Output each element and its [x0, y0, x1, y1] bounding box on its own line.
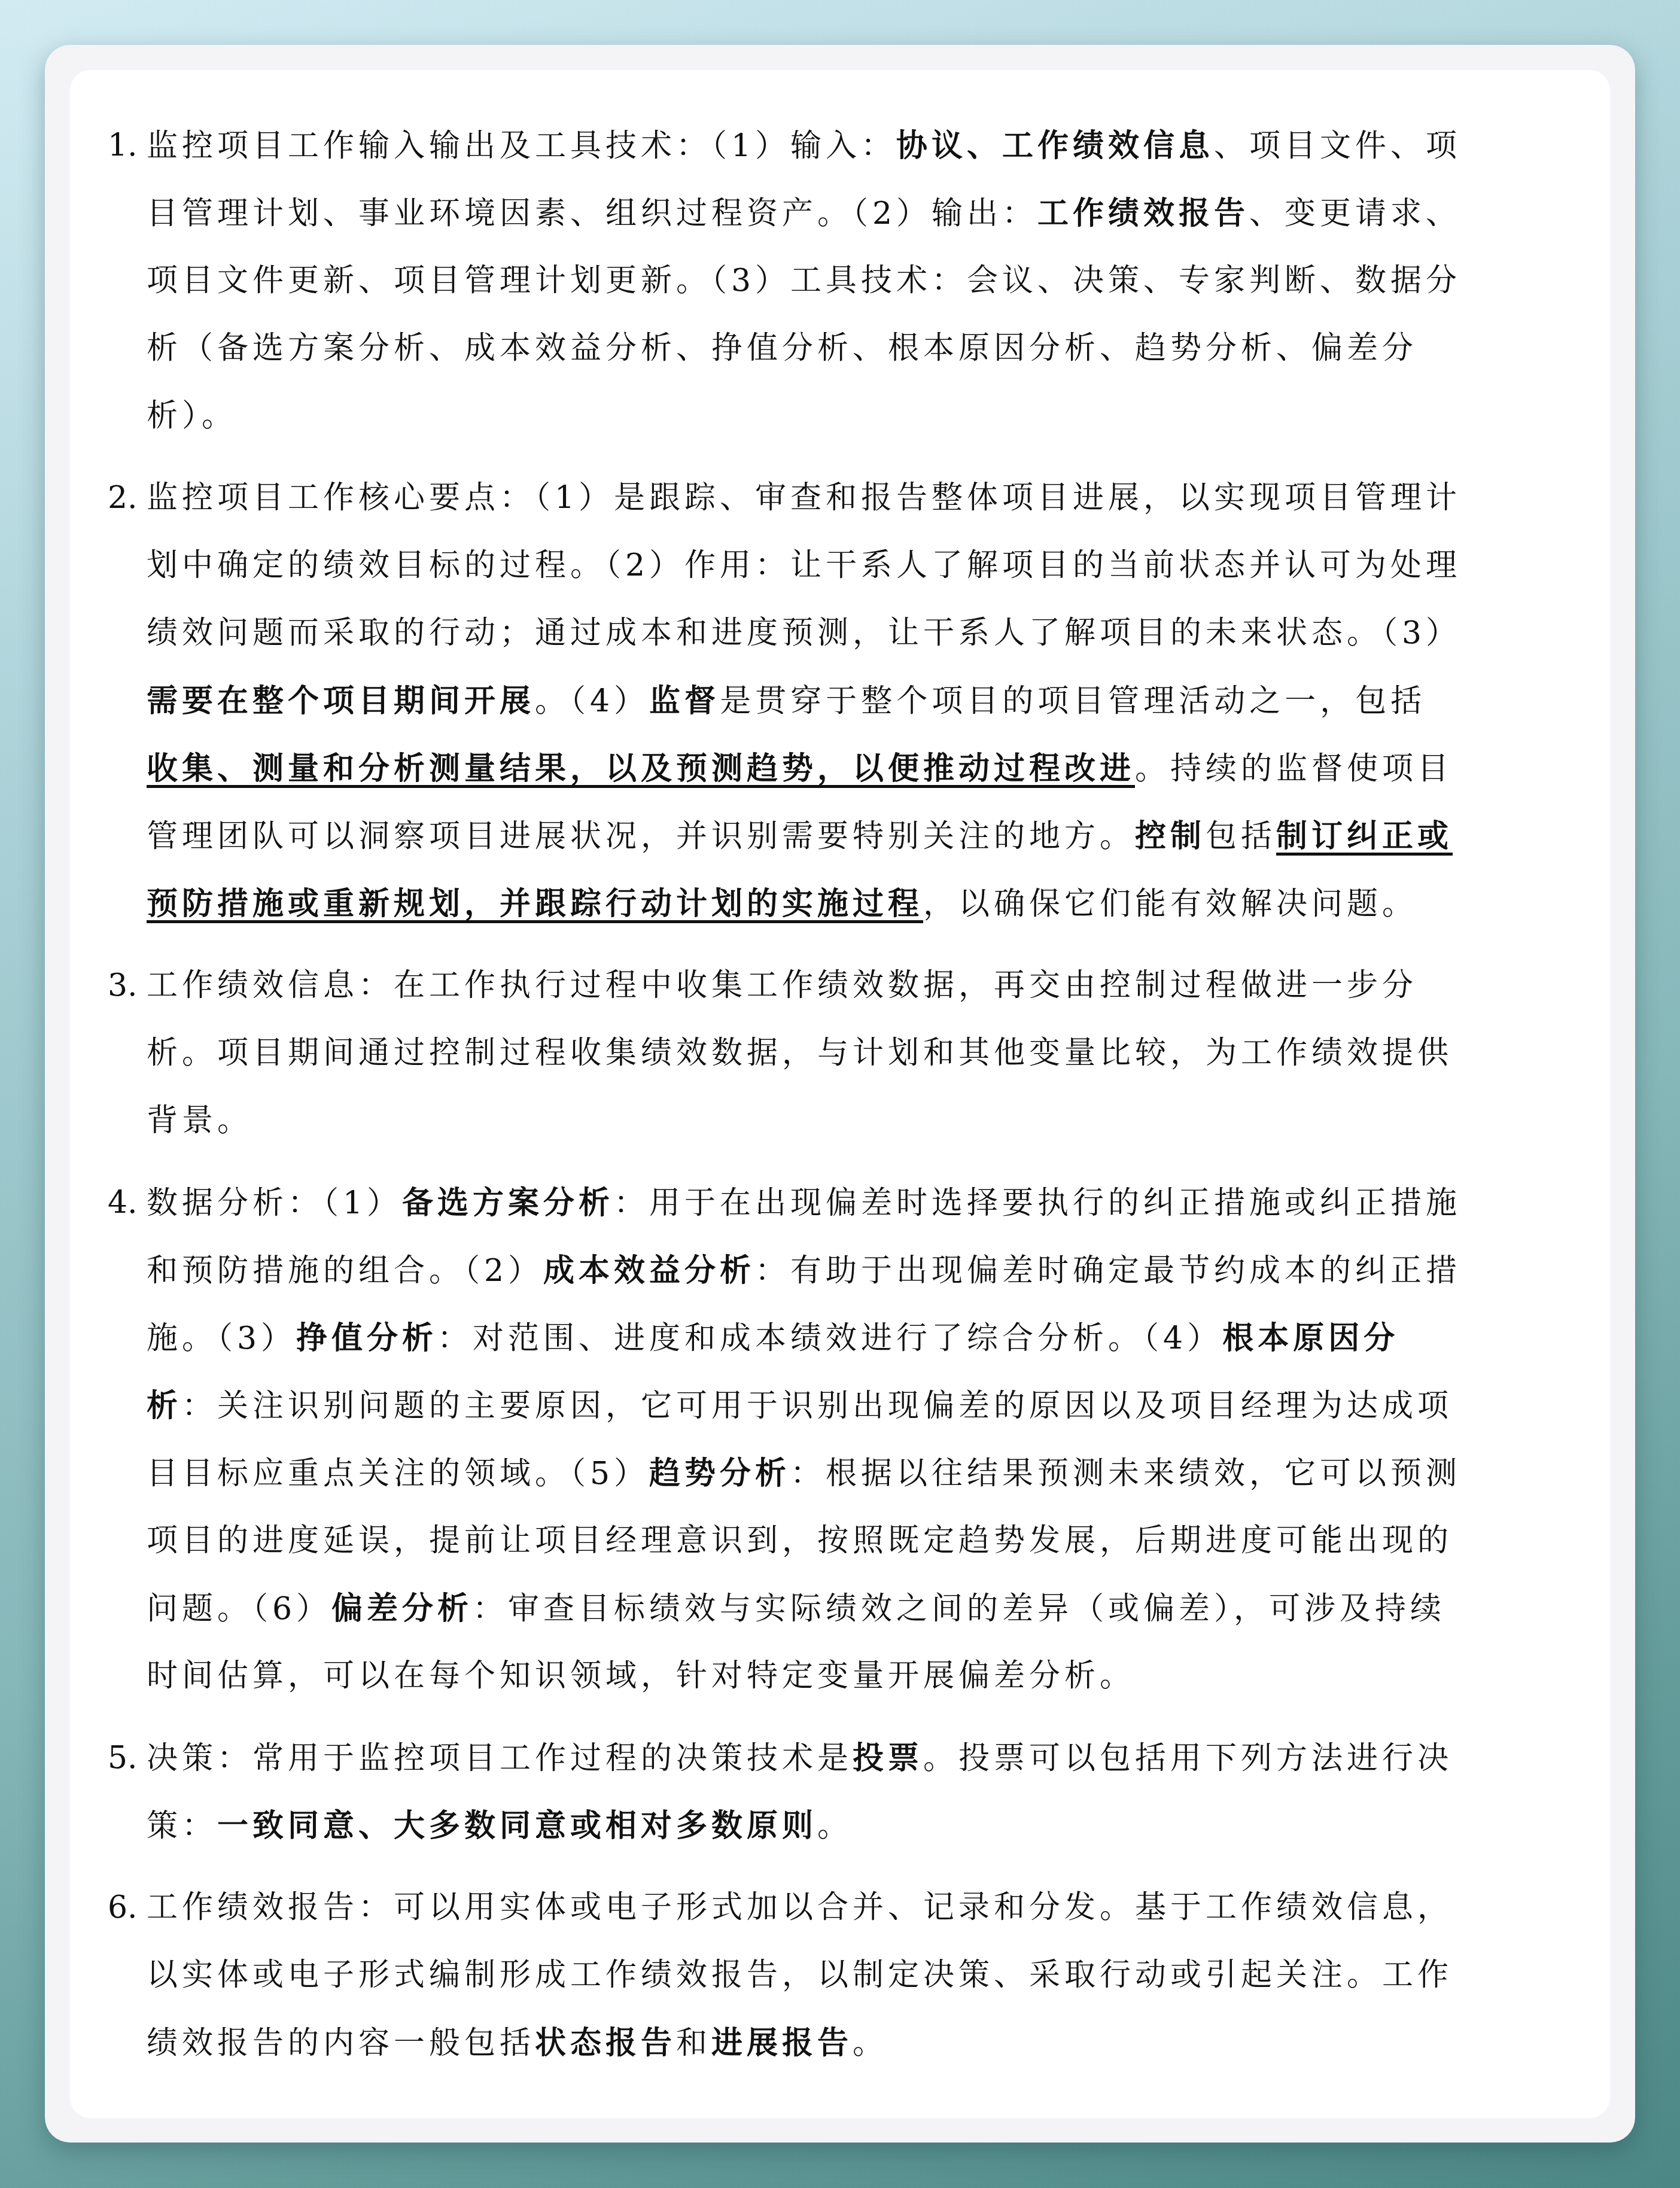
text-segment: 划中确定的绩效目标的过程。（2）作用：让干系人了解项目的当前状态并认可为处理 — [147, 547, 1461, 583]
emphasized-underlined-text: 收集、测量和分析测量结果，以及预测趋势，以便推动过程改进 — [147, 750, 1135, 787]
emphasized-text: 偏差分析 — [331, 1590, 473, 1627]
text-line: 以实体或电子形式编制形成工作绩效报告，以制定决策、采取行动或引起关注。工作 — [108, 1941, 1585, 2009]
outer-card: 1.监控项目工作输入输出及工具技术：（1）输入：协议、工作绩效信息、项目文件、项… — [45, 45, 1635, 2143]
list-item: 6.工作绩效报告：可以用实体或电子形式加以合并、记录和分发。基于工作绩效信息，以… — [108, 1874, 1585, 2077]
list-item-number: 3. — [108, 952, 138, 1020]
text-segment: 。持续的监督使项目 — [1135, 751, 1453, 787]
list-item: 1.监控项目工作输入输出及工具技术：（1）输入：协议、工作绩效信息、项目文件、项… — [108, 112, 1585, 450]
text-line: 数据分析：（1）备选方案分析：用于在出现偏差时选择要执行的纠正措施或纠正措施 — [108, 1169, 1585, 1237]
text-segment: 。 — [817, 1808, 853, 1844]
text-segment: 析（备选方案分析、成本效益分析、挣值分析、根本原因分析、趋势分析、偏差分 — [147, 330, 1417, 366]
text-segment: 管理团队可以洞察项目进展状况，并识别需要特别关注的地方。 — [147, 818, 1135, 854]
text-line: 管理团队可以洞察项目进展状况，并识别需要特别关注的地方。控制包括制订纠正或 — [108, 802, 1585, 870]
emphasized-underlined-text: 预防措施或重新规划，并跟踪行动计划的实施过程 — [147, 885, 923, 922]
text-line: 析）。 — [108, 382, 1585, 450]
list-item-number: 2. — [108, 464, 138, 532]
text-line: 目目标应重点关注的领域。（5）趋势分析：根据以往结果预测未来绩效，它可以预测 — [108, 1440, 1585, 1507]
text-line: 和预防措施的组合。（2）成本效益分析：有助于出现偏差时确定最节约成本的纠正措 — [108, 1237, 1585, 1304]
text-line: 划中确定的绩效目标的过程。（2）作用：让干系人了解项目的当前状态并认可为处理 — [108, 532, 1585, 600]
text-line: 项目文件更新、项目管理计划更新。（3）工具技术：会议、决策、专家判断、数据分 — [108, 247, 1585, 315]
text-segment: ：根据以往结果预测未来绩效，它可以预测 — [790, 1456, 1461, 1492]
text-segment: ：关注识别问题的主要原因，它可用于识别出现偏差的原因以及项目经理为达成项 — [182, 1388, 1453, 1424]
text-segment: 目管理计划、事业环境因素、组织过程资产。（2）输出： — [147, 196, 1037, 232]
emphasized-text: 协议、工作绩效信息 — [896, 127, 1214, 164]
text-segment: 时间估算，可以在每个知识领域，针对特定变量开展偏差分析。 — [147, 1658, 1135, 1694]
text-segment: 工作绩效报告：可以用实体或电子形式加以合并、记录和分发。基于工作绩效信息， — [147, 1889, 1453, 1925]
emphasized-text: 趋势分析 — [649, 1455, 790, 1492]
text-line: 需要在整个项目期间开展。（4）监督是贯穿于整个项目的项目管理活动之一，包括 — [108, 667, 1585, 735]
text-line: 析：关注识别问题的主要原因，它可用于识别出现偏差的原因以及项目经理为达成项 — [108, 1372, 1585, 1440]
text-segment: 策： — [147, 1808, 217, 1844]
text-segment: 数据分析：（1） — [147, 1185, 402, 1221]
text-line: 析（备选方案分析、成本效益分析、挣值分析、根本原因分析、趋势分析、偏差分 — [108, 315, 1585, 382]
list-item-number: 4. — [108, 1169, 138, 1237]
text-line: 绩效报告的内容一般包括状态报告和进展报告。 — [108, 2009, 1585, 2077]
text-segment: 析。项目期间通过控制过程收集绩效数据，与计划和其他变量比较，为工作绩效提供 — [147, 1035, 1453, 1071]
emphasized-text: 根本原因分 — [1222, 1320, 1399, 1356]
document-card: 1.监控项目工作输入输出及工具技术：（1）输入：协议、工作绩效信息、项目文件、项… — [70, 70, 1610, 2118]
text-line: 时间估算，可以在每个知识领域，针对特定变量开展偏差分析。 — [108, 1642, 1585, 1710]
emphasized-text: 成本效益分析 — [543, 1252, 755, 1289]
text-segment: 是贯穿于整个项目的项目管理活动之一，包括 — [720, 683, 1426, 719]
text-line: 工作绩效信息：在工作执行过程中收集工作绩效数据，再交由控制过程做进一步分 — [108, 952, 1585, 1020]
text-segment: 绩效报告的内容一般包括 — [147, 2025, 535, 2061]
text-segment: 以实体或电子形式编制形成工作绩效报告，以制定决策、采取行动或引起关注。工作 — [147, 1957, 1453, 1993]
emphasized-text: 需要在整个项目期间开展 — [147, 683, 535, 719]
text-segment: 绩效问题而采取的行动；通过成本和进度预测，让干系人了解项目的未来状态。（3） — [147, 615, 1461, 651]
text-segment: 问题。（6） — [147, 1591, 331, 1627]
emphasized-text: 备选方案分析 — [402, 1185, 614, 1221]
text-segment: 析）。 — [147, 398, 237, 434]
text-segment: 包括 — [1206, 818, 1276, 854]
emphasized-text: 析 — [147, 1387, 182, 1424]
document-content: 1.监控项目工作输入输出及工具技术：（1）输入：协议、工作绩效信息、项目文件、项… — [108, 112, 1585, 2091]
text-segment: 监控项目工作输入输出及工具技术：（1）输入： — [147, 128, 896, 164]
text-segment: 和 — [676, 2025, 711, 2061]
text-segment: 目目标应重点关注的领域。（5） — [147, 1456, 649, 1492]
text-segment: 项目文件更新、项目管理计划更新。（3）工具技术：会议、决策、专家判断、数据分 — [147, 263, 1461, 299]
emphasized-text: 监督 — [649, 683, 720, 719]
text-line: 策：一致同意、大多数同意或相对多数原则。 — [108, 1792, 1585, 1860]
text-segment: ：对范围、进度和成本绩效进行了综合分析。（4） — [437, 1320, 1222, 1356]
text-segment: 项目的进度延误，提前让项目经理意识到，按照既定趋势发展，后期进度可能出现的 — [147, 1523, 1453, 1559]
list-item: 3.工作绩效信息：在工作执行过程中收集工作绩效数据，再交由控制过程做进一步分析。… — [108, 952, 1585, 1155]
emphasized-text: 进展报告 — [711, 2025, 853, 2061]
text-segment: 监控项目工作核心要点：（1）是跟踪、审查和报告整体项目进展，以实现项目管理计 — [147, 480, 1461, 516]
text-line: 项目的进度延误，提前让项目经理意识到，按照既定趋势发展，后期进度可能出现的 — [108, 1507, 1585, 1575]
text-line: 施。（3）挣值分析：对范围、进度和成本绩效进行了综合分析。（4）根本原因分 — [108, 1304, 1585, 1372]
emphasized-text: 挣值分析 — [296, 1320, 437, 1356]
emphasized-text: 一致同意、大多数同意或相对多数原则 — [217, 1807, 817, 1844]
list-item-number: 1. — [108, 112, 138, 179]
text-line: 背景。 — [108, 1087, 1585, 1155]
text-segment: 施。（3） — [147, 1320, 296, 1356]
text-segment: ：用于在出现偏差时选择要执行的纠正措施或纠正措施 — [614, 1185, 1461, 1221]
text-line: 监控项目工作核心要点：（1）是跟踪、审查和报告整体项目进展，以实现项目管理计 — [108, 464, 1585, 532]
text-segment: ，以确保它们能有效解决问题。 — [923, 886, 1417, 922]
list-item-number: 6. — [108, 1874, 138, 1941]
text-segment: 、变更请求、 — [1249, 196, 1461, 232]
text-segment: 决策：常用于监控项目工作过程的决策技术是 — [147, 1740, 853, 1776]
emphasized-text: 状态报告 — [535, 2025, 676, 2061]
text-segment: 。（4） — [535, 683, 649, 719]
text-segment: ：审查目标绩效与实际绩效之间的差异（或偏差），可涉及持续 — [473, 1591, 1445, 1627]
text-segment: ：有助于出现偏差时确定最节约成本的纠正措 — [755, 1253, 1461, 1289]
emphasized-text: 控制 — [1135, 818, 1206, 854]
list-item-number: 5. — [108, 1724, 138, 1792]
text-line: 绩效问题而采取的行动；通过成本和进度预测，让干系人了解项目的未来状态。（3） — [108, 600, 1585, 667]
text-segment: 、项目文件、项 — [1214, 128, 1461, 164]
text-line: 工作绩效报告：可以用实体或电子形式加以合并、记录和分发。基于工作绩效信息， — [108, 1874, 1585, 1941]
list-item: 4.数据分析：（1）备选方案分析：用于在出现偏差时选择要执行的纠正措施或纠正措施… — [108, 1169, 1585, 1710]
text-segment: 工作绩效信息：在工作执行过程中收集工作绩效数据，再交由控制过程做进一步分 — [147, 967, 1417, 1003]
text-line: 问题。（6）偏差分析：审查目标绩效与实际绩效之间的差异（或偏差），可涉及持续 — [108, 1575, 1585, 1642]
list-item: 2.监控项目工作核心要点：（1）是跟踪、审查和报告整体项目进展，以实现项目管理计… — [108, 464, 1585, 938]
emphasized-text: 工作绩效报告 — [1037, 195, 1249, 232]
emphasized-text: 投票 — [853, 1740, 923, 1776]
text-line: 预防措施或重新规划，并跟踪行动计划的实施过程，以确保它们能有效解决问题。 — [108, 870, 1585, 938]
list-item: 5.决策：常用于监控项目工作过程的决策技术是投票。投票可以包括用下列方法进行决策… — [108, 1724, 1585, 1860]
text-line: 目管理计划、事业环境因素、组织过程资产。（2）输出：工作绩效报告、变更请求、 — [108, 179, 1585, 247]
text-segment: 。投票可以包括用下列方法进行决 — [923, 1740, 1453, 1776]
emphasized-underlined-text: 制订纠正或 — [1276, 818, 1453, 854]
text-segment: 背景。 — [147, 1103, 252, 1139]
text-segment: 。 — [853, 2025, 888, 2061]
text-line: 收集、测量和分析测量结果，以及预测趋势，以便推动过程改进。持续的监督使项目 — [108, 735, 1585, 802]
text-line: 监控项目工作输入输出及工具技术：（1）输入：协议、工作绩效信息、项目文件、项 — [108, 112, 1585, 179]
text-line: 决策：常用于监控项目工作过程的决策技术是投票。投票可以包括用下列方法进行决 — [108, 1724, 1585, 1792]
text-line: 析。项目期间通过控制过程收集绩效数据，与计划和其他变量比较，为工作绩效提供 — [108, 1020, 1585, 1087]
text-segment: 和预防措施的组合。（2） — [147, 1253, 543, 1289]
